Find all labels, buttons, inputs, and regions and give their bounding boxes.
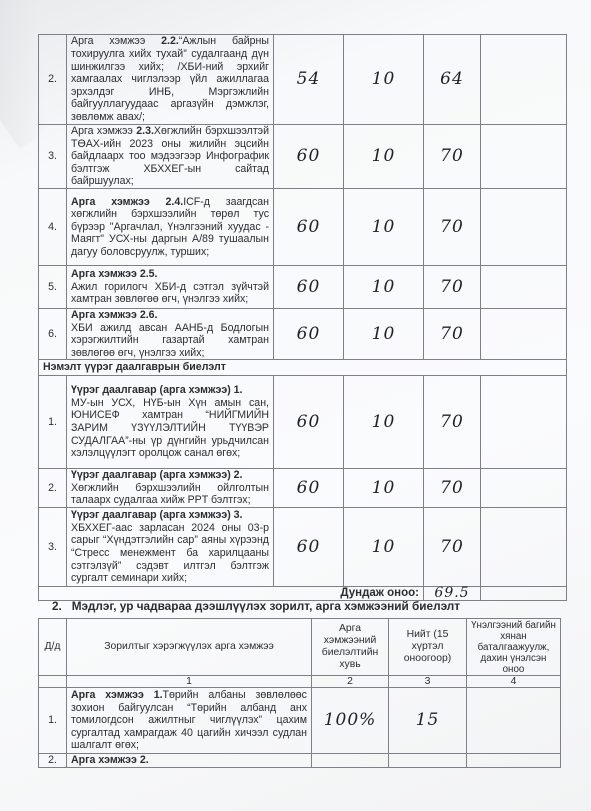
review-cell	[467, 688, 561, 754]
task-title: Арга хэмжээ	[71, 125, 136, 137]
extra-section-row: Нэмэлт үүрэг даалгаврын биелэлт	[39, 360, 567, 376]
row-number: 5.	[39, 266, 67, 309]
score-cell: 60	[274, 309, 344, 360]
task-text: “Ажлын байрны тохируулга хийх тухай” суд…	[71, 35, 269, 123]
bonus-cell: 10	[344, 266, 424, 309]
section-2-heading: 2. Мэдлэг, ур чадвараа дээшлүүлэх зорилт…	[52, 599, 460, 613]
task-description: Арга хэмжээ 2.4.ICF-д заагдсан хөгжлийн …	[67, 189, 274, 266]
task-description: Арга хэмжээ 2.3.Хөгжлийн бэрхшээлтэй ТӨА…	[67, 125, 274, 189]
measure-description: Арга хэмжээ 2.	[67, 754, 312, 768]
row-number: 2.	[39, 754, 67, 768]
table-row: 2. Арга хэмжээ 2.	[39, 754, 561, 768]
score-cell: 60	[274, 375, 344, 468]
task-description: Үүрэг даалгавар (арга хэмжээ) 1.МУ-ын УС…	[67, 375, 274, 468]
section-number: 2.	[52, 599, 62, 613]
score-cell: 60	[274, 468, 344, 507]
total-cell	[389, 754, 467, 768]
table-row: 6. Арга хэмжээ 2.6.ХБИ ажилд авсан ААНБ-…	[39, 309, 567, 360]
task-title: Үүрэг даалгавар (арга хэмжээ) 3.	[71, 509, 269, 522]
task-description: Үүрэг даалгавар (арга хэмжээ) 2.Хөгжлийн…	[67, 468, 274, 507]
row-number: 3.	[39, 507, 67, 586]
bonus-cell: 10	[344, 309, 424, 360]
task-text: ХБХХЕГ-аас зарласан 2024 оны 03-р сарыг …	[71, 522, 269, 584]
score-cell: 54	[274, 35, 344, 125]
total-cell: 70	[424, 309, 481, 360]
review-cell	[481, 468, 567, 507]
total-cell: 70	[424, 125, 481, 189]
table-row: 3. Арга хэмжээ 2.3.Хөгжлийн бэрхшээлтэй …	[39, 125, 567, 189]
task-title-number: 2.3.	[136, 125, 154, 137]
task-title: Үүрэг даалгавар (арга хэмжээ) 2.	[71, 469, 269, 482]
score-cell: 60	[274, 266, 344, 309]
table-row: 1. Үүрэг даалгавар (арга хэмжээ) 1.МУ-ын…	[39, 375, 567, 468]
total-cell: 15	[389, 688, 467, 754]
bonus-cell: 10	[344, 507, 424, 586]
row-number: 1.	[39, 688, 67, 754]
column-number: 1	[67, 676, 312, 688]
bonus-cell: 10	[344, 468, 424, 507]
task-text: ХБИ ажилд авсан ААНБ-д Бодлогын хэрэгжил…	[71, 322, 269, 359]
score-cell: 60	[274, 189, 344, 266]
total-cell: 70	[424, 189, 481, 266]
row-number: 4.	[39, 189, 67, 266]
table-row: 2. Үүрэг даалгавар (арга хэмжээ) 2.Хөгжл…	[39, 468, 567, 507]
task-title: Арга хэмжээ 2.6.	[71, 309, 269, 322]
task-text: Ажил горилогч ХБИ-д сэтгэл зүйчтэй хамтр…	[71, 281, 269, 306]
skills-table: Д/д Зорилтыг хэрэгжүүлэх арга хэмжээ Арг…	[38, 618, 561, 768]
header-row: Д/д Зорилтыг хэрэгжүүлэх арга хэмжээ Арг…	[39, 619, 561, 676]
tasks-table: 2. Арга хэмжээ 2.2.“Ажлын байрны тохируу…	[38, 34, 567, 601]
table-row: 5. Арга хэмжээ 2.5.Ажил горилогч ХБИ-д с…	[39, 266, 567, 309]
task-title: Арга хэмжээ 2.5.	[71, 268, 269, 281]
table-row: 4. Арга хэмжээ 2.4.ICF-д заагдсан хөгжли…	[39, 189, 567, 266]
table-row: 2. Арга хэмжээ 2.2.“Ажлын байрны тохируу…	[39, 35, 567, 125]
header-total: Нийт (15 хүртэл оноогоор)	[389, 619, 467, 676]
section-title: Мэдлэг, ур чадвараа дээшлүүлэх зорилт, а…	[72, 599, 460, 613]
measure-title: Арга хэмжээ 1.	[71, 689, 163, 701]
score-cell: 60	[274, 507, 344, 586]
row-number: 2.	[39, 35, 67, 125]
task-description: Үүрэг даалгавар (арга хэмжээ) 3.ХБХХЕГ-а…	[67, 507, 274, 586]
total-cell: 70	[424, 468, 481, 507]
bonus-cell: 10	[344, 35, 424, 125]
bonus-cell: 10	[344, 189, 424, 266]
measure-description: Арга хэмжээ 1.Төрийн албаны зөвлөлөөс зо…	[67, 688, 312, 754]
review-cell	[481, 309, 567, 360]
column-number: 4	[467, 676, 561, 688]
review-cell	[481, 125, 567, 189]
review-cell	[481, 35, 567, 125]
column-number: 2	[312, 676, 389, 688]
score-cell: 60	[274, 125, 344, 189]
task-description: Арга хэмжээ 2.2.“Ажлын байрны тохируулга…	[67, 35, 274, 125]
column-number	[39, 676, 67, 688]
header-completion: Арга хэмжээний биелэлтийн хувь	[312, 619, 389, 676]
review-cell	[481, 189, 567, 266]
average-review-cell	[481, 586, 567, 600]
task-text: Хөгжлийн бэрхшээлийн ойлголтын талаарх с…	[71, 482, 269, 507]
column-number-row: 1 2 3 4	[39, 676, 561, 688]
header-review: Үнэлгээний багийн хянан баталгаажуулж, д…	[467, 619, 561, 676]
task-description: Арга хэмжээ 2.5.Ажил горилогч ХБИ-д сэтг…	[67, 266, 274, 309]
table-row: 1. Арга хэмжээ 1.Төрийн албаны зөвлөлөөс…	[39, 688, 561, 754]
total-cell: 70	[424, 507, 481, 586]
row-number: 1.	[39, 375, 67, 468]
total-cell: 64	[424, 35, 481, 125]
completion-cell: 100%	[312, 688, 389, 754]
bonus-cell: 10	[344, 375, 424, 468]
row-number: 6.	[39, 309, 67, 360]
row-number: 3.	[39, 125, 67, 189]
task-description: Арга хэмжээ 2.6.ХБИ ажилд авсан ААНБ-д Б…	[67, 309, 274, 360]
header-number: Д/д	[39, 619, 67, 676]
completion-cell	[312, 754, 389, 768]
row-number: 2.	[39, 468, 67, 507]
task-title: Арга хэмжээ 2.4.	[71, 196, 183, 208]
measure-title: Арга хэмжээ 2.	[71, 754, 149, 766]
extra-section-label: Нэмэлт үүрэг даалгаврын биелэлт	[39, 360, 567, 376]
review-cell	[467, 754, 561, 768]
review-cell	[481, 375, 567, 468]
task-title: Үүрэг даалгавар (арга хэмжээ) 1.	[71, 384, 269, 397]
header-measure: Зорилтыг хэрэгжүүлэх арга хэмжээ	[67, 619, 312, 676]
review-cell	[481, 266, 567, 309]
bonus-cell: 10	[344, 125, 424, 189]
review-cell	[481, 507, 567, 586]
task-title: Арга хэмжээ	[71, 35, 161, 47]
task-title-number: 2.2.	[161, 35, 179, 47]
task-text: МУ-ын УСХ, НҮБ-ын Хүн амын сан, ЮНИСЕФ х…	[71, 397, 269, 459]
total-cell: 70	[424, 266, 481, 309]
total-cell: 70	[424, 375, 481, 468]
table-row: 3. Үүрэг даалгавар (арга хэмжээ) 3.ХБХХЕ…	[39, 507, 567, 586]
column-number: 3	[389, 676, 467, 688]
